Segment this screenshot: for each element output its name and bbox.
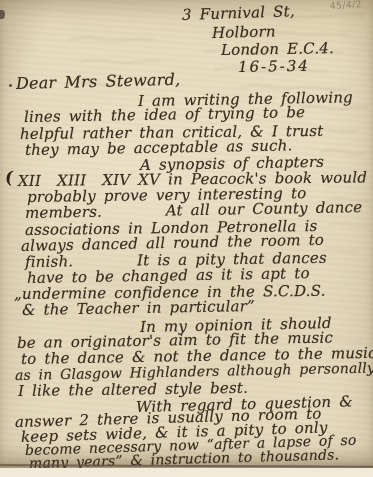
body-line: & the Teacher in particular” [22, 299, 255, 318]
salutation: Dear Mrs Steward, [16, 72, 181, 92]
letter-date: 16-5-34 [238, 59, 310, 75]
pencil-dot-mark [9, 84, 12, 87]
paper-edge-speck [0, 10, 5, 19]
address-line-district: Holborn [212, 24, 276, 41]
scanner-background-strip [0, 468, 373, 477]
letter-scan-page: 45/4/2 3 Furnival St, Holborn London E.C… [0, 0, 373, 468]
address-line-city: London E.C.4. [221, 41, 334, 58]
address-line-street: 3 Furnival St, [182, 4, 295, 23]
